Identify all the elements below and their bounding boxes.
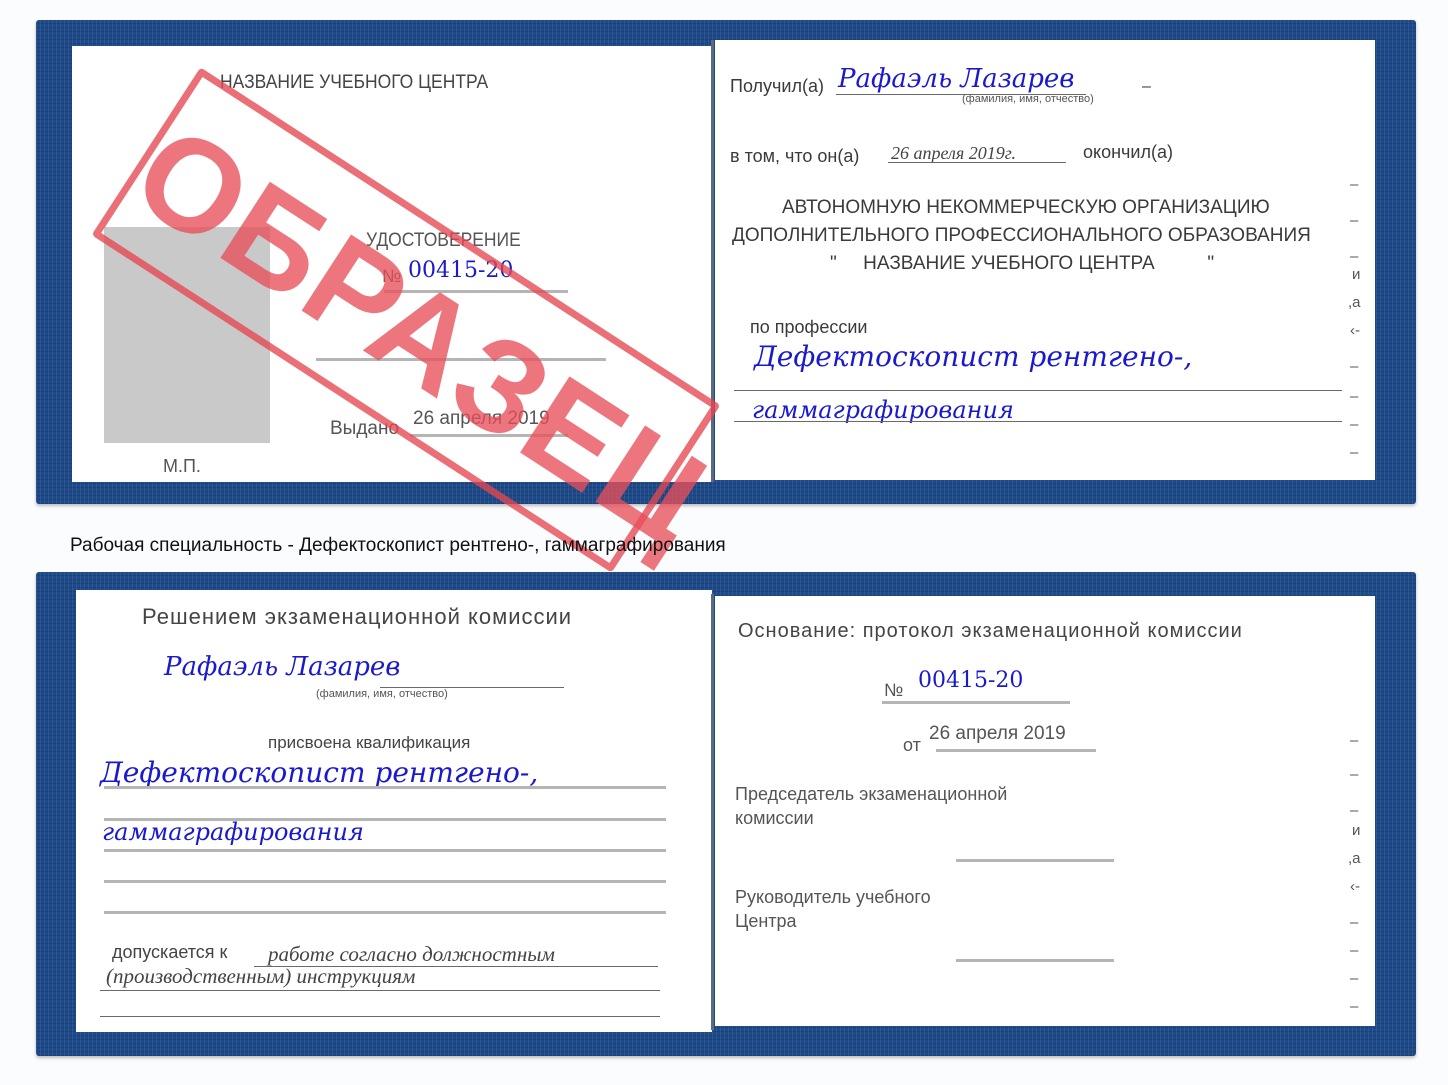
admitted-label: допускается к [112,942,227,963]
chairman-signature-line [956,859,1114,862]
edge-mark: и [1352,266,1360,283]
org-line-2: ДОПОЛНИТЕЛЬНОГО ПРОФЕССИОНАЛЬНОГО ОБРАЗО… [732,225,1311,247]
profession-line-1: Дефектоскопист рентгено-, [754,340,1192,373]
specialty-caption: Рабочая специальность - Дефектоскопист р… [70,535,726,557]
from-date: 26 апреля 2019 [929,723,1066,745]
edge-mark: – [1350,766,1358,783]
edge-mark: – [1350,942,1358,959]
decision-label: Решением экзаменационной комиссии [142,604,572,630]
org-line-3: " НАЗВАНИЕ УЧЕБНОГО ЦЕНТРА " [830,253,1214,275]
qualification-line-2: гаммаграфирования [102,818,364,846]
chairman-label-2: комиссии [735,808,814,829]
edge-mark: – [1350,802,1358,819]
edge-mark: ,а [1348,294,1361,311]
edge-mark: – [1350,732,1358,749]
edge-mark: – [1350,388,1358,405]
edge-mark: ‹- [1350,878,1360,895]
fio-hint-bottom: (фамилия, имя, отчество) [316,688,448,700]
edge-mark: и [1352,822,1360,839]
training-center-name: НАЗВАНИЕ УЧЕБНОГО ЦЕНТРА [220,72,488,94]
completed-label: окончил(а) [1083,142,1173,163]
chairman-label-1: Председатель экзаменационной [735,784,1007,805]
protocol-number: 00415-20 [918,668,1023,693]
edge-mark: – [1350,248,1358,265]
from-label: от [903,735,921,756]
completion-underline [888,162,1066,163]
seal-label: М.П. [163,456,201,477]
edge-mark: – [1350,998,1358,1015]
edge-mark: ,а [1348,850,1361,867]
from-date-underline [936,749,1096,752]
qualification-underline-1 [104,786,666,789]
admitted-underline-3 [100,1016,660,1017]
profession-label: по профессии [750,317,867,338]
profession-line-2: гаммаграфирования [752,396,1014,424]
bottom-spine [711,594,714,1030]
edge-mark: – [1350,444,1358,461]
protocol-number-label: № [884,680,903,701]
blank-line-1 [104,849,666,852]
org-line-1: АВТОНОМНУЮ НЕКОММЕРЧЕСКУЮ ОРГАНИЗАЦИЮ [782,197,1270,219]
fio-hint: (фамилия, имя, отчество) [962,93,1094,105]
edge-mark: – [1350,416,1358,433]
profession-underline-2 [734,421,1342,422]
blank-line-3 [104,911,666,914]
that-label: в том, что он(а) [730,146,859,167]
admitted-line-2: (производственным) инструкциям [106,964,415,989]
recipient-dash: – [1142,78,1151,96]
edge-mark: – [1350,212,1358,229]
completion-date: 26 апреля 2019г. [891,143,1016,164]
admitted-underline-2 [100,990,660,991]
profession-underline-1 [734,390,1342,391]
basis-label: Основание: протокол экзаменационной коми… [738,620,1243,643]
qualification-label: присвоена квалификация [268,733,470,753]
protocol-number-underline [882,701,1070,704]
edge-mark: – [1350,176,1358,193]
received-label: Получил(а) [730,76,824,97]
head-label-1: Руководитель учебного [735,887,931,908]
edge-mark: – [1350,970,1358,987]
recipient-name: Рафаэль Лазарев [838,64,1074,94]
edge-mark: ‹- [1350,322,1360,339]
head-signature-line [956,959,1114,962]
edge-mark: – [1350,358,1358,375]
blank-line-2 [104,880,666,883]
person-name: Рафаэль Лазарев [164,652,400,682]
qualification-line-1: Дефектоскопист рентгено-, [100,756,538,789]
edge-mark: – [1350,914,1358,931]
head-label-2: Центра [735,911,797,932]
